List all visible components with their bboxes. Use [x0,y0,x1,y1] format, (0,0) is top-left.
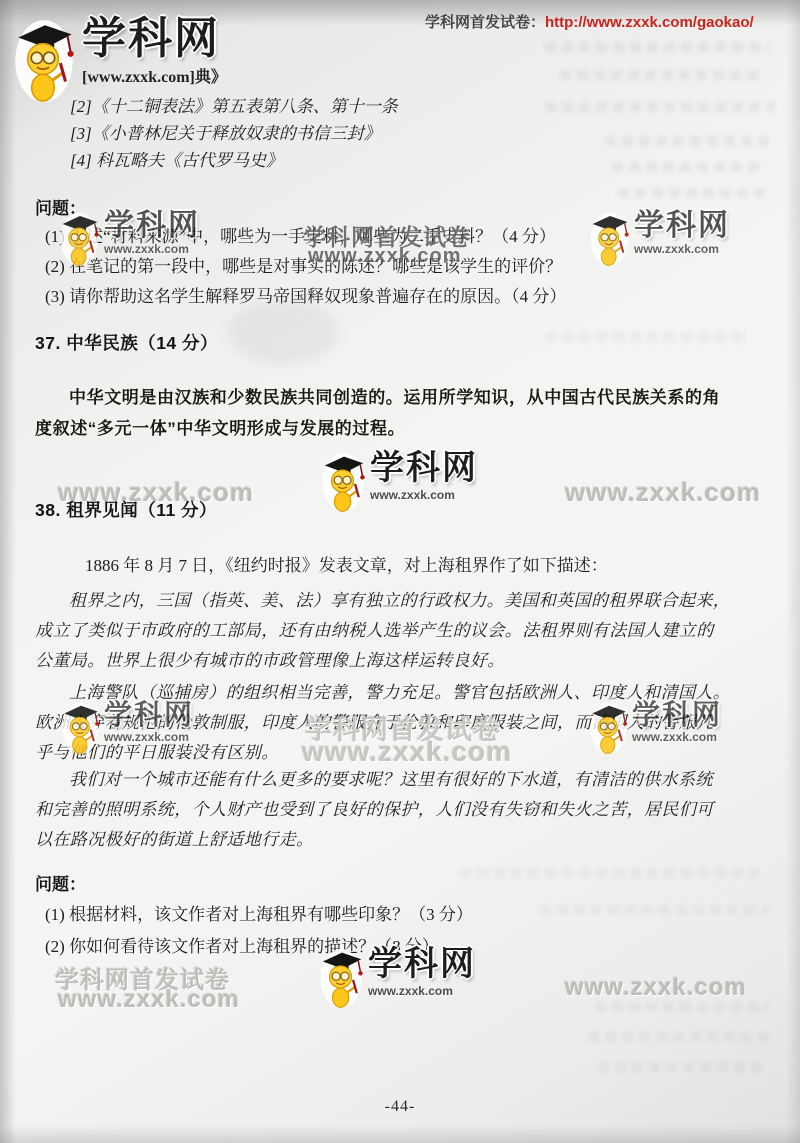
zxxk-brand-text: 学科网 [634,210,730,242]
zxxk-brand-text: 学科网 [632,700,722,730]
quote-p1-line1: 租界之内，三国（指英、美、法）享有独立的行政权力。美国和英国的租界联合起来， [35,586,730,616]
bleed-artifact [595,1002,770,1012]
reference-item-3: [3]《小普林尼关于释放奴隶的书信三封》 [70,120,381,147]
zxxk-mascot-icon [12,16,78,102]
quote-p1-line2: 成立了类似于市政府的工部局，还有由纳税人选举产生的议会。法租界则有法国人建立的 [35,616,714,646]
q37-body-line-2: 度叙述“多元一体”中华文明形成与发展的过程。 [35,413,405,444]
bleed-artifact [545,332,745,342]
zxxk-watermark-logo-left: 学科网 www.zxxk.com [58,210,200,266]
watermark-url-right: www.zxxk.com [565,477,761,508]
header-source-url: http://www.zxxk.com/gaokao/ [545,14,754,31]
watermark-url-bottom-left: www.zxxk.com [58,986,240,1014]
zxxk-brand-text: 学科网 [368,946,476,982]
q36-item-3: (3) 请你帮助这名学生解释罗马帝国释奴现象普遍存在的原因。（4 分） [45,282,566,312]
watermark-url-bottom-right: www.zxxk.com [565,974,747,1002]
zxxk-url-small: www.zxxk.com [104,730,194,744]
scan-edge-shadow-left [0,0,16,1143]
bleed-artifact [560,70,765,80]
zxxk-brand-text: 学科网 [82,16,227,62]
reference-item-4: [4] 科瓦略夫《古代罗马史》 [70,147,283,174]
reference-item-2: [2]《十二铜表法》第五表第八条、第十一条 [70,93,398,120]
bleed-artifact [618,188,768,198]
quote-p3-line3: 以在路况极好的街道上舒适地行走。 [35,825,313,855]
zxxk-url-small: www.zxxk.com [368,984,476,998]
zxxk-mascot-icon [320,450,368,512]
zxxk-brand-text: 学科网 [370,450,478,486]
q38-intro: 1886 年 8 月 7 日，《纽约时报》发表文章，对上海租界作了如下描述： [85,551,608,581]
zxxk-mascot-icon [60,700,102,754]
bleed-artifact [598,1062,763,1072]
zxxk-mascot-icon [58,210,102,266]
quote-p1-line3: 公董局。世界上很少有城市的市政管理像上海这样运转良好。 [35,646,505,676]
q37-heading: 37. 中华民族（14 分） [35,330,218,355]
bleed-artifact [545,42,770,52]
scan-edge-shadow-bottom [0,1125,800,1143]
zxxk-url-small: www.zxxk.com [632,730,722,744]
q38-label: 问题： [35,870,86,895]
quote-p3-line1: 我们对一个城市还能有什么更多的要求呢？这里有很好的下水道，有清洁的供水系统 [35,765,713,795]
zxxk-url-small: www.zxxk.com [634,242,730,256]
zxxk-url-small: www.zxxk.com [370,488,478,502]
zxxk-mascot-icon [318,946,366,1008]
bleed-artifact [605,136,770,146]
zxxk-logo-top-left: 学科网 [www.zxxk.com]典》 [12,16,227,102]
watermark-url-center: www.zxxk.com [302,736,512,768]
bleed-artifact [612,162,767,172]
zxxk-url-small: www.zxxk.com [104,242,200,256]
bleed-artifact [540,905,770,915]
q37-body-line-1: 中华文明是由汉族和少数民族共同创造的。运用所学知识，从中国古代民族关系的角 [35,382,720,413]
bleed-artifact [545,102,775,112]
zxxk-watermark-logo-bottom-center: 学科网 www.zxxk.com [318,946,476,1008]
zxxk-watermark-logo-center: 学科网 www.zxxk.com [320,450,478,512]
header-source-label: 学科网首发试卷： [425,14,545,31]
zxxk-mascot-icon [588,700,630,754]
zxxk-mascot-icon [588,210,632,266]
zxxk-brand-text: 学科网 [104,210,200,242]
watermark-url-dark: www.zxxk.com [308,245,462,268]
zxxk-watermark-logo-left-2: 学科网 www.zxxk.com [60,700,194,754]
zxxk-brand-text: 学科网 [104,700,194,730]
q38-item-1: (1) 根据材料，该文作者对上海租界有哪些印象？（3 分） [45,900,473,930]
page-number: -44- [0,1098,800,1116]
scanned-exam-page: 学科网首发试卷：http://www.zxxk.com/gaokao/ 学科网 … [0,0,800,1143]
q38-heading: 38. 租界见闻（11 分） [35,497,217,522]
bleed-artifact [460,868,760,878]
zxxk-watermark-logo-right: 学科网 www.zxxk.com [588,210,730,266]
zxxk-url-bracket-line: [www.zxxk.com]典》 [82,64,227,87]
scan-edge-shadow-right [786,0,800,1143]
bleed-artifact [588,1032,770,1042]
zxxk-watermark-logo-right-2: 学科网 www.zxxk.com [588,700,722,754]
header-source-line: 学科网首发试卷：http://www.zxxk.com/gaokao/ [425,11,754,32]
quote-p3-line2: 和完善的照明系统，个人财产也受到了良好的保护，人们没有失窃和失火之苦，居民们可 [35,795,714,825]
